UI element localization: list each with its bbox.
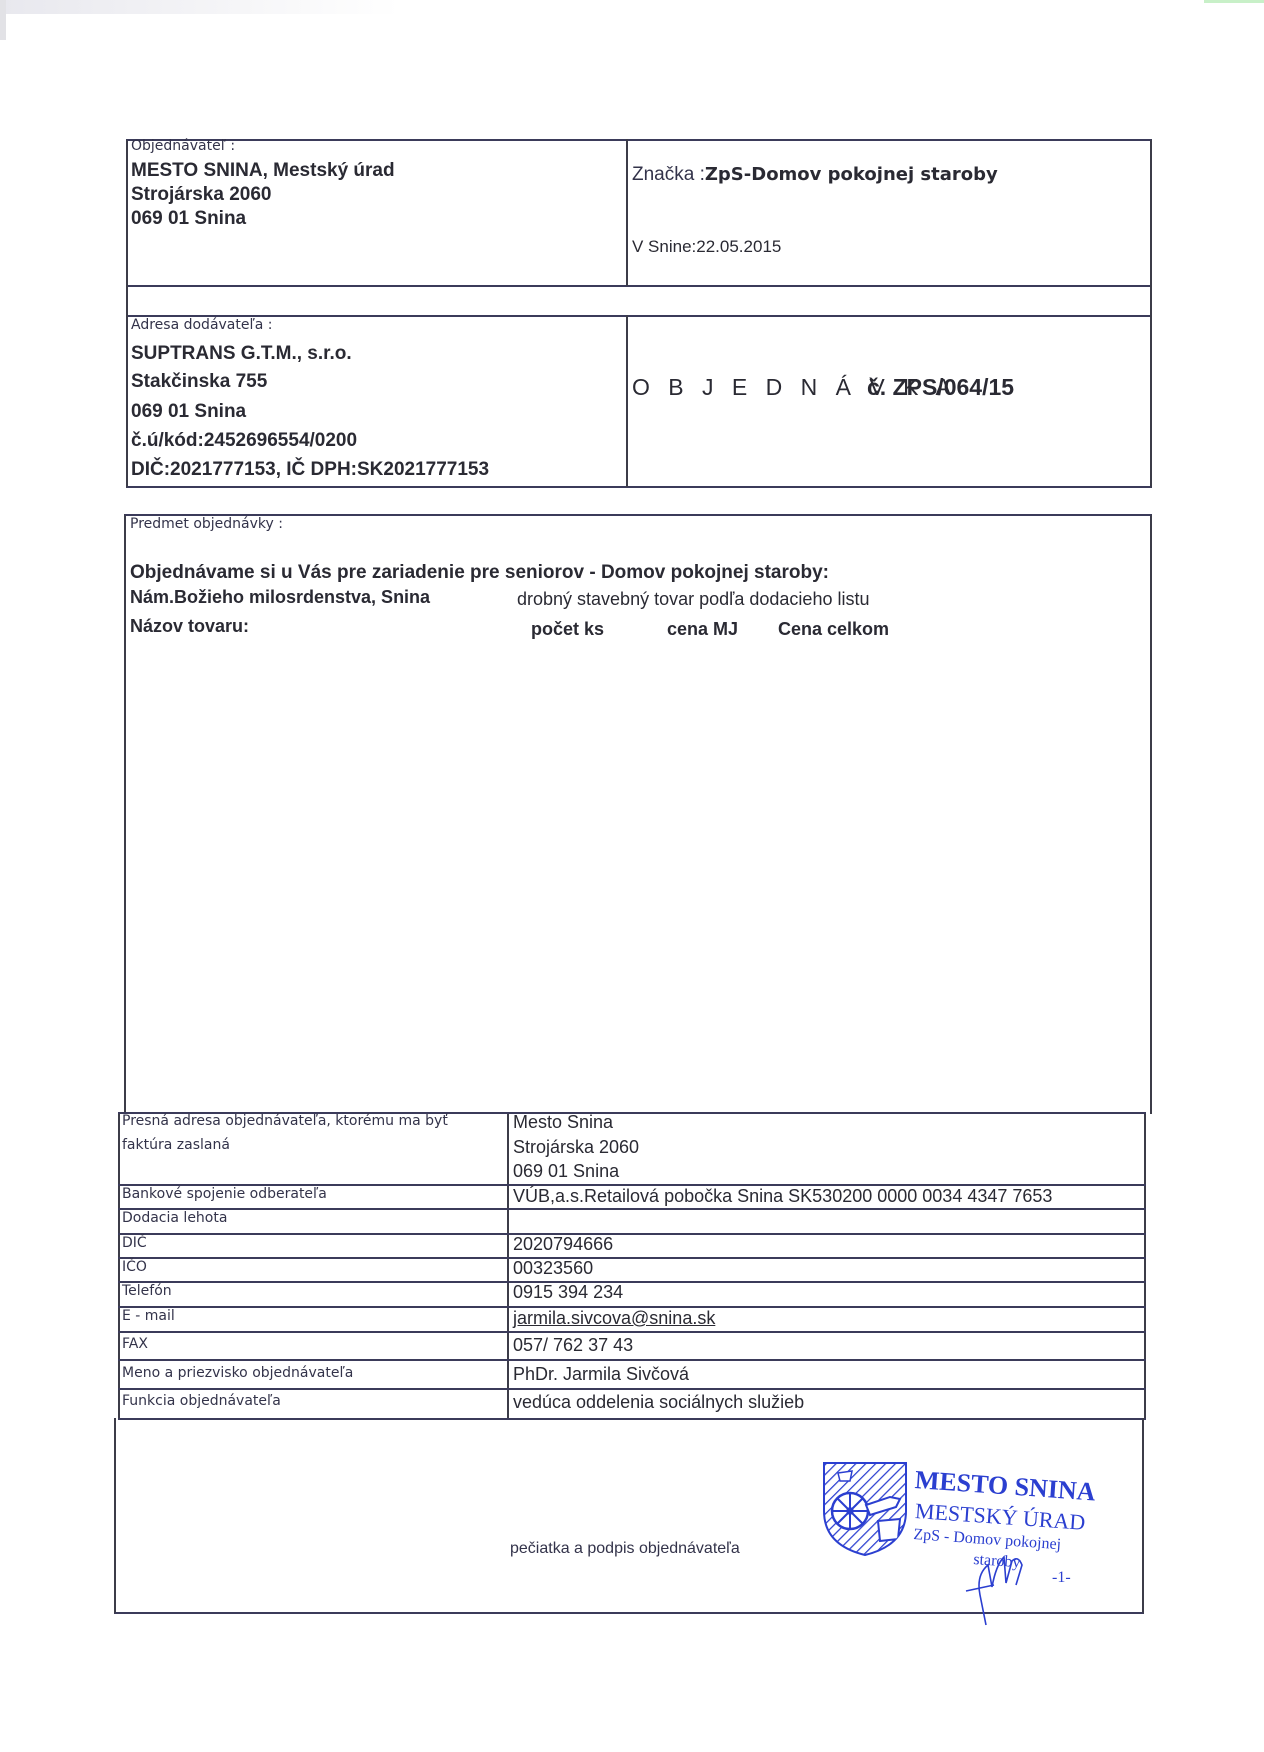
subject-label: Predmet objednávky :: [130, 516, 283, 532]
signature-label: pečiatka a podpis objednávateľa: [510, 1540, 740, 1558]
row-line: [118, 1233, 1146, 1235]
supplier-account: č.ú/kód:2452696554/0200: [131, 430, 357, 452]
phone-value: 0915 394 234: [513, 1282, 623, 1303]
row-line: [118, 1331, 1146, 1333]
invoice-address-line-3: 069 01 Snina: [513, 1161, 619, 1182]
orderer-label: Objednávateľ :: [131, 138, 235, 154]
email-label: E - mail: [122, 1308, 175, 1324]
row-line: [118, 1208, 1146, 1210]
invoice-address-line-2: Strojárska 2060: [513, 1137, 639, 1158]
orderer-city: 069 01 Snina: [131, 208, 246, 230]
details-divider: [507, 1112, 509, 1419]
scan-shading: [0, 0, 400, 14]
subject-line: Objednávame si u Vás pre zariadenie pre …: [130, 562, 829, 584]
supplier-name: SUPTRANS G.T.M., s.r.o.: [131, 343, 352, 365]
mark-value: ZpS-Domov pokojnej staroby: [705, 164, 998, 185]
orderer-name: MESTO SNINA, Mestský úrad: [131, 160, 395, 182]
place-date: V Snine:22.05.2015: [632, 237, 781, 257]
orderer-function-label: Funkcia objednávateľa: [122, 1393, 281, 1409]
mark-field: Značka :ZpS-Domov pokojnej staroby: [632, 164, 998, 186]
supplier-street: Stakčinska 755: [131, 371, 267, 393]
official-stamp: MESTO SNINA MESTSKÝ ÚRAD ZpS - Domov pok…: [816, 1455, 1146, 1605]
mark-label: Značka :: [632, 164, 705, 185]
invoice-address-label-cont: faktúra zaslaná: [122, 1137, 230, 1153]
column-header-qty: počet ks: [531, 619, 604, 640]
row-line: [118, 1359, 1146, 1361]
row-line: [118, 1281, 1146, 1283]
column-header-total: Cena celkom: [778, 619, 889, 640]
email-link[interactable]: jarmila.sivcova@snina.sk: [513, 1308, 715, 1329]
ico-value: 00323560: [513, 1258, 593, 1279]
bank-label: Bankové spojenie odberateľa: [122, 1186, 327, 1202]
supplier-divider: [626, 315, 628, 487]
scan-corner-mark: [1204, 0, 1264, 3]
signature-scribble-icon: [946, 1525, 1056, 1635]
fax-value: 057/ 762 37 43: [513, 1335, 633, 1356]
subject-address: Nám.Božieho milosrdenstva, Snina: [130, 587, 430, 608]
bank-value: VÚB,a.s.Retailová pobočka Snina SK530200…: [513, 1186, 1052, 1207]
orderer-person-value: PhDr. Jarmila Sivčová: [513, 1364, 689, 1385]
orderer-person-label: Meno a priezvisko objednávateľa: [122, 1365, 353, 1381]
dic-label: DIČ: [122, 1235, 147, 1251]
row-line: [118, 1257, 1146, 1259]
dic-value: 2020794666: [513, 1234, 613, 1255]
scan-edge: [0, 0, 6, 40]
supplier-tax-ids: DIČ:2021777153, IČ DPH:SK2021777153: [131, 459, 489, 481]
phone-label: Telefón: [122, 1283, 172, 1299]
fax-label: FAX: [122, 1336, 148, 1352]
subject-description: drobný stavebný tovar podľa dodacieho li…: [517, 589, 869, 610]
invoice-address-line-1: Mesto Snina: [513, 1112, 613, 1133]
supplier-city: 069 01 Snina: [131, 401, 246, 423]
column-header-unit-price: cena MJ: [667, 619, 738, 640]
coat-of-arms-icon: [820, 1459, 910, 1559]
invoice-address-label: Presná adresa objednávateľa, ktorému ma …: [122, 1113, 448, 1129]
ico-label: IČO: [122, 1259, 147, 1275]
order-number: č. ZPS/064/15: [867, 374, 1014, 401]
supplier-label: Adresa dodávateľa :: [131, 317, 272, 333]
row-line: [118, 1388, 1146, 1390]
header-divider: [626, 139, 628, 286]
delivery-term-label: Dodacia lehota: [122, 1210, 227, 1226]
column-header-name: Názov tovaru:: [130, 616, 249, 637]
orderer-function-value: vedúca oddelenia sociálnych služieb: [513, 1392, 804, 1413]
spacer-row: [126, 285, 1152, 317]
orderer-street: Strojárska 2060: [131, 184, 272, 206]
